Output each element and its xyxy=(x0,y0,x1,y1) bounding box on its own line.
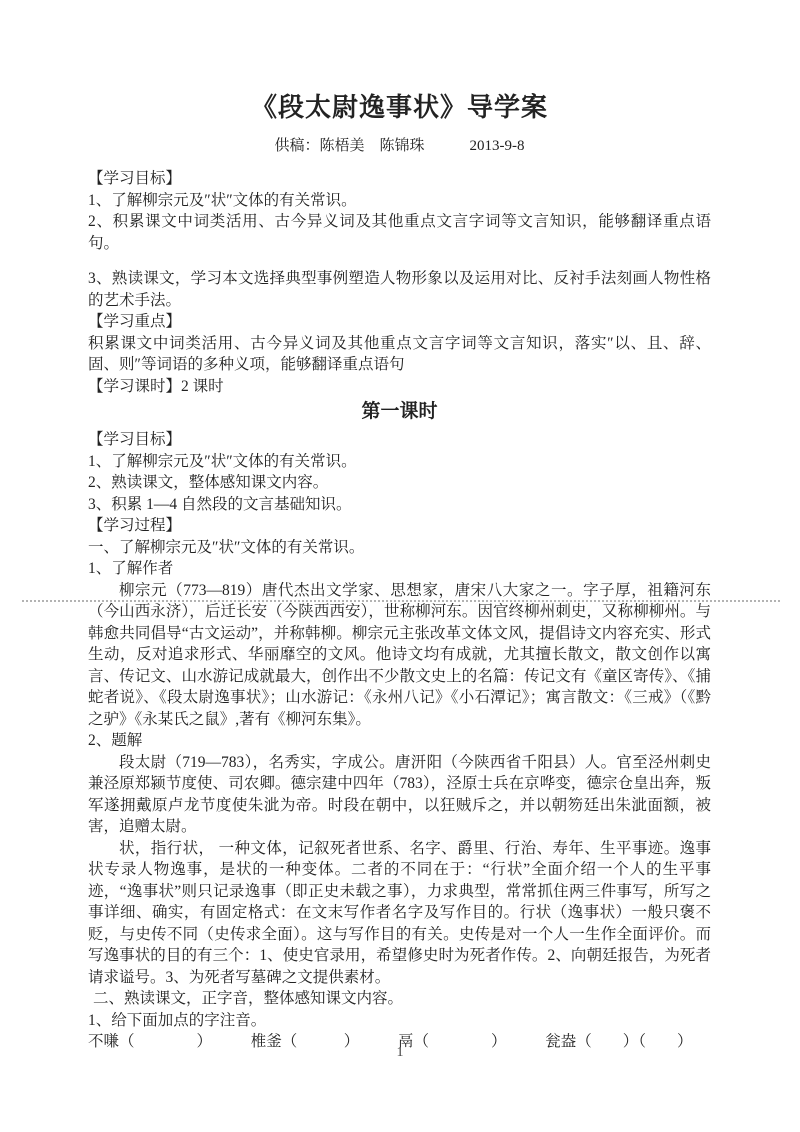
lesson1-step-2: 二、熟读课文，正字音，整体感知课文内容。 xyxy=(88,988,711,1010)
lesson1-heading: 第一课时 xyxy=(88,399,711,425)
lesson1-section: 【学习目标】 1、了解柳宗元及″状″文体的有关常识。 2、熟读课文，整体感知课文… xyxy=(88,429,711,1053)
topic-label: 2、题解 xyxy=(88,730,711,752)
lesson1-process-heading: 【学习过程】 xyxy=(88,515,711,537)
overview-goals-heading: 【学习目标】 xyxy=(88,168,711,190)
topic-paragraph-1: 段太尉（719—783），名秀实，字成公。唐汧阳（今陕西省千阳县）人。官至泾州刺… xyxy=(88,752,711,838)
lesson1-goal-2: 2、熟读课文，整体感知课文内容。 xyxy=(88,472,711,494)
lesson1-goals-heading: 【学习目标】 xyxy=(88,429,711,451)
overview-focus-text: 积累课文中词类活用、古今异义词及其他重点文言字词等文言知识，落实″以、且、辞、固… xyxy=(88,333,711,376)
document-byline: 供稿：陈梧美 陈锦珠 2013-9-8 xyxy=(88,135,711,157)
lesson1-step-1: 一、了解柳宗元及″状″文体的有关常识。 xyxy=(88,537,711,559)
document-page: 《段太尉逸事状》导学案 供稿：陈梧美 陈锦珠 2013-9-8 【学习目标】 1… xyxy=(0,0,800,1132)
overview-focus-heading: 【学习重点】 xyxy=(88,311,711,333)
author-paragraph: 柳宗元（773—819）唐代杰出文学家、思想家，唐宋八大家之一。字子厚，祖籍河东… xyxy=(88,580,711,731)
overview-goal-3: 3、熟读课文，学习本文选择典型事例塑造人物形象以及运用对比、反衬手法刻画人物性格… xyxy=(88,268,711,311)
overview-hours-text: 【学习课时】2 课时 xyxy=(88,376,711,398)
overview-section: 【学习目标】 1、了解柳宗元及″状″文体的有关常识。 2、积累课文中词类活用、古… xyxy=(88,168,711,397)
author-label: 1、了解作者 xyxy=(88,558,711,580)
blank-line xyxy=(88,254,711,268)
lesson1-goal-3: 3、积累 1—4 自然段的文言基础知识。 xyxy=(88,494,711,516)
overview-goal-2: 2、积累课文中词类活用、古今异义词及其他重点文言字词等文言知识，能够翻译重点语句… xyxy=(88,211,711,254)
overview-goal-1: 1、了解柳宗元及″状″文体的有关常识。 xyxy=(88,190,711,212)
lesson1-goal-1: 1、了解柳宗元及″状″文体的有关常识。 xyxy=(88,451,711,473)
footer-page-number: 1 xyxy=(0,1044,800,1062)
pinyin-label: 1、给下面加点的字注音。 xyxy=(88,1010,711,1032)
topic-paragraph-2: 状，指行状， 一种文体，记叙死者世系、名字、爵里、行治、寿年、生平事迹。逸事状专… xyxy=(88,838,711,989)
document-title: 《段太尉逸事状》导学案 xyxy=(88,90,711,126)
document-content: 《段太尉逸事状》导学案 供稿：陈梧美 陈锦珠 2013-9-8 【学习目标】 1… xyxy=(88,90,711,1053)
